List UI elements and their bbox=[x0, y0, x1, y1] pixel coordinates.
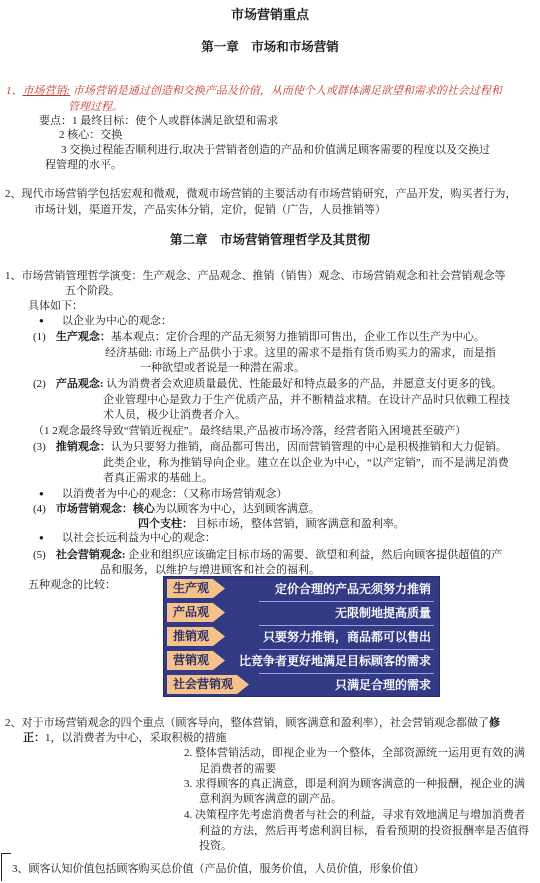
ch1-item2-line-2: 市场计划，渠道开发，产品实体分销，定价，促销（广告，人员推销等） bbox=[34, 203, 386, 217]
bullet-label: 以社会长远利益为中心的观念： bbox=[62, 532, 216, 544]
item-number: 1、 bbox=[6, 85, 23, 97]
sub-item-4-line-2: 利益的方法，然后再考虑利润目标，看看预期的投资报酬率是否值得 bbox=[199, 824, 529, 838]
diagram-row-product: 产品观 无限制地提高质量 bbox=[164, 601, 439, 625]
concept-tag: 营销观 bbox=[167, 651, 225, 670]
concept-4-line-2: 四个支柱： 目标市场，整体营销，顾客满意和盈利率。 bbox=[138, 517, 405, 531]
bold-zheng: 正： bbox=[23, 732, 45, 744]
concept-description: 只要努力推销，商品都可以售出 bbox=[263, 625, 431, 649]
concept-1-line-1: (1)生产观念：基本观点：定价合理的产品无须努力推销即可售出，企业工作以生产为中… bbox=[33, 330, 485, 344]
definition-line-1: 1、市场营销: 市场营销是通过创造和交换产品及价值，从而使个人或群体满足欲望和需… bbox=[6, 84, 502, 98]
concept-5-line-1: (5)社会营销观念: 企业和组织应该确定目标市场的需要、欲望和利益，然后向顾客提… bbox=[33, 548, 502, 562]
concept-description: 无限制地提高质量 bbox=[335, 601, 431, 625]
concept-tag: 产品观 bbox=[167, 603, 225, 622]
concept-2-line-1: (2)产品观念: 认为消费者会欢迎质量最优、性能最好和特点最多的产品，并愿意支付… bbox=[33, 377, 502, 391]
definition-text: 市场营销是通过创造和交换产品及价值，从而使个人或群体满足欲望和需求的社会过程和 bbox=[73, 85, 502, 97]
bullet-label: 以企业为中心的观念： bbox=[62, 315, 172, 327]
myopia-note: （1 2观念最终导致“营销近视症”。最终结果,产品被市场冷落，经营者陷入困境甚至… bbox=[33, 424, 466, 438]
bullet-icon: ● bbox=[39, 489, 44, 498]
sub-item-2-line-1: 2. 整体营销活动，即视企业为一个整体，全部资源统一运用更有效的满 bbox=[184, 746, 525, 760]
sub-item-1: 1，以消费者为中心，采取积极的措施 bbox=[45, 732, 227, 744]
concept-text: 认为只要努力推销，商品都可售出，因而营销管理的中心是积极推销和大力促销。 bbox=[111, 441, 507, 453]
keypoint-line-2: 2 核心：交换 bbox=[59, 128, 122, 142]
bold-xiu: 修 bbox=[489, 717, 500, 729]
bullet-consumer-centered: ●以消费者为中心的观念：（又称市场营销观念） bbox=[39, 487, 287, 501]
definition-line-2: 管理过程。 bbox=[68, 100, 123, 114]
concept-description: 定价合理的产品无须努力推销 bbox=[275, 577, 431, 601]
concept-term: 社会营销观念: bbox=[56, 549, 126, 561]
diagram-row-marketing: 营销观 比竞争者更好地满足目标顾客的需求 bbox=[164, 649, 439, 673]
bullet-society-centered: ●以社会长远利益为中心的观念： bbox=[39, 531, 216, 545]
concept-2-line-3: 术人员，极少让消费者介入。 bbox=[103, 408, 246, 422]
sub-item-3-line-1: 3. 求得顾客的真正满意，即是利润为顾客满意的一种报酬，视企业的满 bbox=[184, 777, 525, 791]
concept-3-line-1: (3)推销观念：认为只要努力推销，商品都可售出，因而营销管理的中心是积极推销和大… bbox=[33, 440, 507, 454]
ch2-item3-line: 3、顾客认知价值包括顾客购买总价值（产品价值，服务价值，人员价值，形象价值） bbox=[12, 862, 425, 876]
document-page: 市场营销重点 第一章 市场和市场营销 1、市场营销: 市场营销是通过创造和交换产… bbox=[0, 0, 540, 883]
concept-1-line-2: 经济基础: 市场上产品供小于求。这里的需求不是指有货币购买力的需求，而是指 bbox=[105, 346, 496, 360]
item-number: (1) bbox=[33, 331, 46, 343]
diagram-row-selling: 推销观 只要努力推销，商品都可以售出 bbox=[164, 625, 439, 649]
concept-1-line-3: 一种欲望或者说是一种潜在需求。 bbox=[140, 361, 305, 375]
five-concepts-diagram: 生产观 定价合理的产品无须努力推销 产品观 无限制地提高质量 推销观 只要努力推… bbox=[163, 576, 440, 697]
concept-text: 基本观点：定价合理的产品无须努力推销即可售出，企业工作以生产为中心。 bbox=[111, 331, 485, 343]
concept-text: 企业和组织应该确定目标市场的需要、欲望和利益，然后向顾客提供超值的产 bbox=[126, 549, 503, 561]
concept-text: 为以顾客为中心，达到顾客满意。 bbox=[155, 503, 320, 515]
chapter2-heading: 第二章 市场营销管理哲学及其贯彻 bbox=[0, 233, 540, 247]
keypoint-line-1: 要点：1 最终目标：使个人或群体满足欲望和需求 bbox=[39, 114, 278, 128]
concept-term: 市场营销观念：核心 bbox=[56, 503, 155, 515]
concept-tag: 推销观 bbox=[167, 627, 225, 646]
concept-description: 只满足合理的需求 bbox=[335, 673, 431, 697]
concept-term: 推销观念： bbox=[56, 441, 111, 453]
ch2-item2-line-2: 正：1，以消费者为中心，采取积极的措施 bbox=[23, 731, 227, 745]
concept-term: 产品观念: bbox=[56, 378, 104, 390]
concept-term: 生产观念： bbox=[56, 331, 111, 343]
sub-item-4-line-3: 投资。 bbox=[199, 839, 232, 853]
item2-text: 2、对于市场营销观念的四个重点（顾客导向，整体营销，顾客满意和盈利率），社会营销… bbox=[5, 717, 489, 729]
sub-item-3-line-2: 意利润为顾客满意的副产品。 bbox=[199, 792, 342, 806]
concept-description: 比竞争者更好地满足目标顾客的需求 bbox=[239, 649, 431, 673]
ch2-item1-line-2: 五个阶段。 bbox=[65, 284, 120, 298]
bullet-icon: ● bbox=[39, 316, 44, 325]
item-number: (5) bbox=[33, 549, 46, 561]
bullet-icon: ● bbox=[39, 533, 44, 542]
four-pillars-text: 目标市场，整体营销，顾客满意和盈利率。 bbox=[196, 518, 405, 530]
concept-tag: 社会营销观 bbox=[167, 675, 249, 694]
comparison-label: 五种观念的比较： bbox=[28, 578, 116, 592]
ch2-intro: 具体如下： bbox=[28, 299, 83, 313]
diagram-row-societal: 社会营销观 只满足合理的需求 bbox=[164, 673, 439, 702]
concept-4-line-1: (4)市场营销观念：核心为以顾客为中心，达到顾客满意。 bbox=[33, 502, 320, 516]
chapter1-heading: 第一章 市场和市场营销 bbox=[0, 40, 540, 54]
keypoint-line-3: 3 交换过程能否顺利进行,取决于营销者创造的产品和价值满足顾客需要的程度以及交换… bbox=[61, 143, 490, 157]
concept-5-line-2: 品和服务，以维护与增进顾客和社会的福利。 bbox=[100, 563, 320, 577]
item-number: (2) bbox=[33, 378, 46, 390]
concept-2-line-2: 企业管理中心是致力于生产优质产品，并不断精益求精。在设计产品时只依赖工程技 bbox=[103, 393, 510, 407]
concept-3-line-2: 此类企业，称为推销导向企业。建立在以企业为中心，“以产定销”，而不是满足消费 bbox=[103, 456, 509, 470]
ch1-item2-line-1: 2、现代市场营销学包括宏观和微观，微观市场营销的主要活动有市场营销研究，产品开发… bbox=[5, 187, 517, 201]
doc-title: 市场营销重点 bbox=[0, 8, 540, 22]
concept-tag: 生产观 bbox=[167, 579, 225, 598]
item-number: (4) bbox=[33, 503, 46, 515]
concept-3-line-3: 者真正需求的基础上。 bbox=[103, 471, 213, 485]
diagram-row-production: 生产观 定价合理的产品无须努力推销 bbox=[164, 577, 439, 601]
four-pillars-term: 四个支柱： bbox=[138, 518, 193, 530]
definition-term: 市场营销: bbox=[23, 85, 71, 97]
bullet-label: 以消费者为中心的观念：（又称市场营销观念） bbox=[62, 488, 288, 500]
item-number: (3) bbox=[33, 441, 46, 453]
keypoint-line-4: 程管理的水平。 bbox=[45, 158, 122, 172]
sub-item-4-line-1: 4. 决策程序先考虑消费者与社会的利益，寻求有效地满足与增加消费者 bbox=[184, 808, 525, 822]
text-frame-corner bbox=[1, 853, 11, 881]
ch2-item2-line-1: 2、对于市场营销观念的四个重点（顾客导向，整体营销，顾客满意和盈利率），社会营销… bbox=[5, 716, 500, 730]
sub-item-2-line-2: 足消费者的需要 bbox=[199, 762, 276, 776]
bullet-enterprise-centered: ●以企业为中心的观念： bbox=[39, 314, 172, 328]
ch2-item1-line-1: 1、市场营销管理哲学演变：生产观念、产品观念、推销（销售）观念、市场营销观念和社… bbox=[5, 269, 506, 283]
concept-text: 认为消费者会欢迎质量最优、性能最好和特点最多的产品，并愿意支付更多的钱。 bbox=[104, 378, 503, 390]
